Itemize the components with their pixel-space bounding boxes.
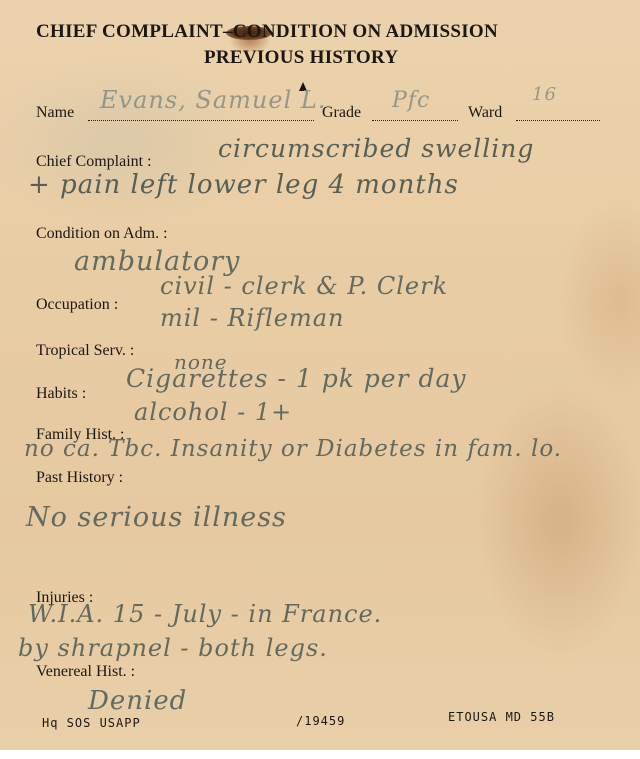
medical-history-card: CHIEF COMPLAINT–CONDITION ON ADMISSION P… <box>0 0 640 750</box>
venereal-hist-label: Venereal Hist. : <box>36 663 135 681</box>
name-label: Name <box>36 104 74 122</box>
chief-complaint-value-line2: + pain left lower leg 4 months <box>28 170 459 200</box>
past-history-value: No serious illness <box>26 502 287 533</box>
family-hist-value: no ca. Tbc. Insanity or Diabetes in fam.… <box>24 436 562 462</box>
occupation-label: Occupation : <box>36 296 118 314</box>
footer-form-number: /19459 <box>296 714 345 728</box>
footer-etousa-stamp: ETOUSA MD 55B <box>448 710 555 724</box>
form-title-line2: PREVIOUS HISTORY <box>204 47 398 69</box>
grade-dotted-line <box>372 120 458 121</box>
grade-value: Pfc <box>392 88 430 113</box>
occupation-value-line2: mil - Rifleman <box>160 304 345 332</box>
chief-complaint-value-line1: circumscribed swelling <box>218 134 534 163</box>
occupation-value-line1: civil - clerk & P. Clerk <box>160 272 448 300</box>
habits-label: Habits : <box>36 385 86 403</box>
grade-label: Grade <box>322 104 361 122</box>
form-title-line1: CHIEF COMPLAINT–CONDITION ON ADMISSION <box>36 21 498 43</box>
habits-value-line2: alcohol - 1+ <box>134 398 292 426</box>
name-dotted-line <box>88 120 314 121</box>
habits-value-line1: Cigarettes - 1 pk per day <box>126 364 467 393</box>
injuries-value-line2: by shrapnel - both legs. <box>18 634 328 662</box>
ward-dotted-line <box>516 120 600 121</box>
injuries-value-line1: W.I.A. 15 - July - in France. <box>28 600 382 628</box>
footer-hq-stamp: Hq SOS USAPP <box>42 716 141 730</box>
chief-complaint-label: Chief Complaint : <box>36 153 152 171</box>
name-value: Evans, Samuel L. <box>100 86 326 114</box>
ward-label: Ward <box>468 104 502 122</box>
venereal-hist-value: Denied <box>88 686 187 716</box>
past-history-label: Past History : <box>36 469 123 487</box>
tropical-serv-label: Tropical Serv. : <box>36 342 134 360</box>
condition-on-adm-label: Condition on Adm. : <box>36 225 168 243</box>
ward-value: 16 <box>532 84 557 105</box>
